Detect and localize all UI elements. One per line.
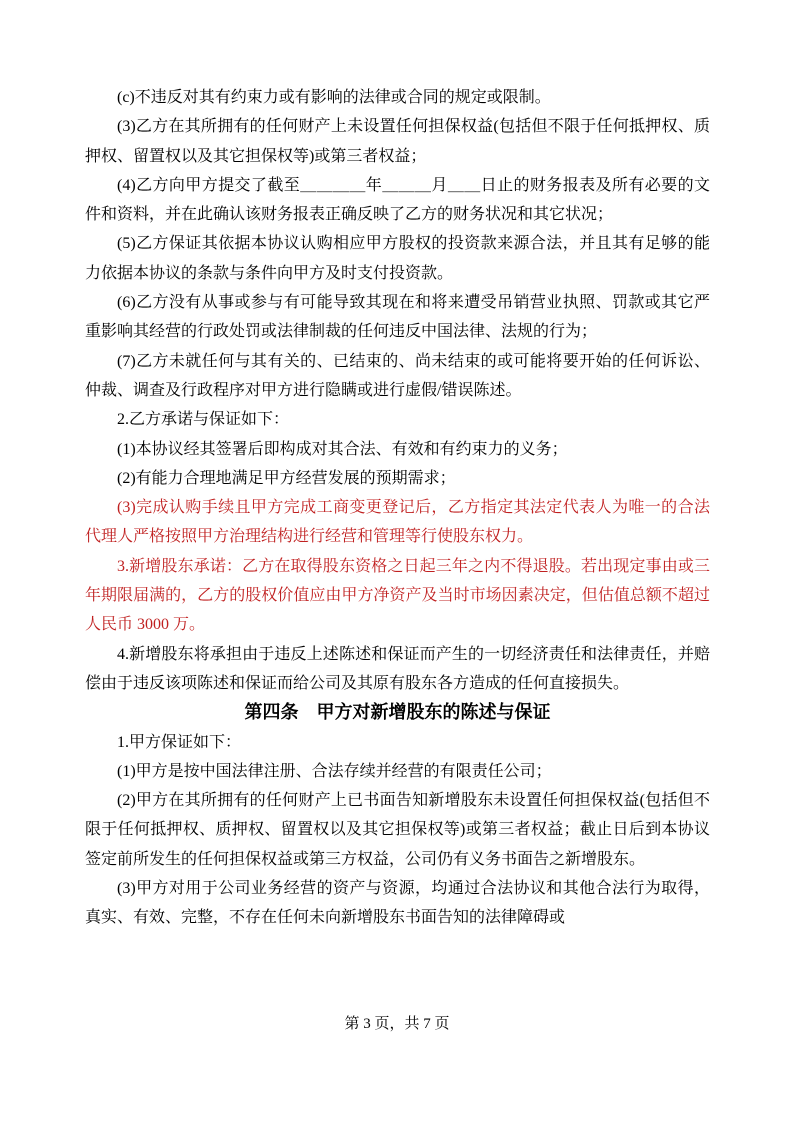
clause-yifang-7: (7)乙方未就任何与其有关的、已结束的、尚未结束的或可能将要开始的任何诉讼、仲裁… xyxy=(85,347,710,406)
clause-yifang-4: (4)乙方向甲方提交了截至＿＿＿＿年＿＿＿月＿＿日止的财务报表及所有必要的文件和… xyxy=(85,171,710,230)
clause-2-item-2: (2)有能力合理地满足甲方经营发展的预期需求； xyxy=(85,464,710,493)
clause-2-item-3-red: (3)完成认购手续且甲方完成工商变更登记后，乙方指定其法定代表人为唯一的合法代理… xyxy=(85,493,710,552)
section-4-heading: 第四条 甲方对新增股东的陈述与保证 xyxy=(85,698,710,727)
clause-jiafang-1: (1)甲方是按中国法律注册、合法存续并经营的有限责任公司； xyxy=(85,757,710,786)
clause-yifang-5: (5)乙方保证其依据本协议认购相应甲方股权的投资款来源合法，并且其有足够的能力依… xyxy=(85,229,710,288)
clause-2-intro: 2.乙方承诺与保证如下： xyxy=(85,405,710,434)
clause-yifang-3: (3)乙方在其所拥有的任何财产上未设置任何担保权益(包括但不限于任何抵押权、质押… xyxy=(85,112,710,171)
clause-4-liability: 4.新增股东将承担由于违反上述陈述和保证而产生的一切经济责任和法律责任，并赔偿由… xyxy=(85,640,710,699)
clause-jiafang-2: (2)甲方在其所拥有的任何财产上已书面告知新增股东未设置任何担保权益(包括但不限… xyxy=(85,786,710,874)
clause-jiafang-3: (3)甲方对用于公司业务经营的资产与资源，均通过合法协议和其他合法行为取得，真实… xyxy=(85,874,710,933)
page-number-footer: 第 3 页，共 7 页 xyxy=(0,1012,794,1036)
document-page: (c)不违反对其有约束力或有影响的法律或合同的规定或限制。 (3)乙方在其所拥有… xyxy=(0,0,794,1123)
document-body: (c)不违反对其有约束力或有影响的法律或合同的规定或限制。 (3)乙方在其所拥有… xyxy=(85,83,710,933)
clause-c: (c)不违反对其有约束力或有影响的法律或合同的规定或限制。 xyxy=(85,83,710,112)
clause-jiafang-intro: 1.甲方保证如下： xyxy=(85,728,710,757)
clause-yifang-6: (6)乙方没有从事或参与有可能导致其现在和将来遭受吊销营业执照、罚款或其它严重影… xyxy=(85,288,710,347)
clause-2-item-1: (1)本协议经其签署后即构成对其合法、有效和有约束力的义务； xyxy=(85,435,710,464)
clause-3-new-shareholder-promise-red: 3.新增股东承诺：乙方在取得股东资格之日起三年之内不得退股。若出现定事由或三年期… xyxy=(85,552,710,640)
